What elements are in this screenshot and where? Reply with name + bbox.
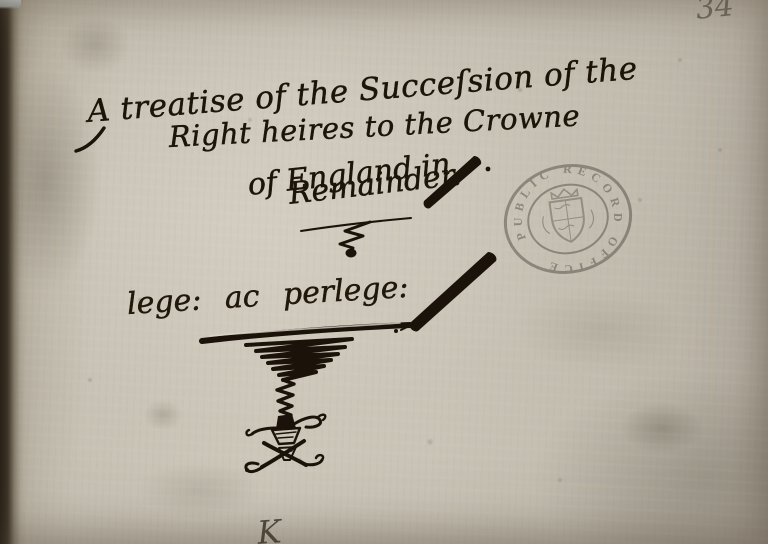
remainder-slash-dot: [486, 167, 491, 172]
scribble-triangle: [246, 339, 352, 380]
svg-text:PUBLIC RECORD OFFICE: PUBLIC RECORD OFFICE: [492, 143, 644, 295]
latin-inscription: lege: ac perlege:: [126, 270, 410, 322]
book-gutter-edge: [0, 0, 26, 544]
perlege-slash-tip: [401, 325, 411, 330]
divider-line: [301, 218, 411, 231]
scribble-zigzag: [277, 380, 294, 419]
knot-ornament: [245, 414, 325, 472]
stamp-outer-ring: [495, 154, 640, 284]
divider-zigzag: [340, 222, 370, 248]
perlege-slash-dot: [394, 329, 398, 333]
catchword: K: [256, 512, 282, 544]
stamp-inner-ring: [522, 177, 614, 260]
initial-a-tail-flourish: [76, 128, 104, 151]
scribble-top-stroke: [202, 325, 410, 341]
stamp-coat-of-arms: [539, 186, 597, 246]
page-corner-background: [0, 0, 21, 9]
folio-number: 34: [694, 0, 736, 27]
divider-ink-blob: [346, 249, 357, 258]
stamp-text: PUBLIC RECORD OFFICE: [492, 143, 644, 295]
perlege-slash: [410, 252, 497, 331]
manuscript-page-photo: 34 A treatise of the Succeſsion of the R…: [0, 0, 768, 544]
scribble-top-highlight: [210, 323, 400, 336]
